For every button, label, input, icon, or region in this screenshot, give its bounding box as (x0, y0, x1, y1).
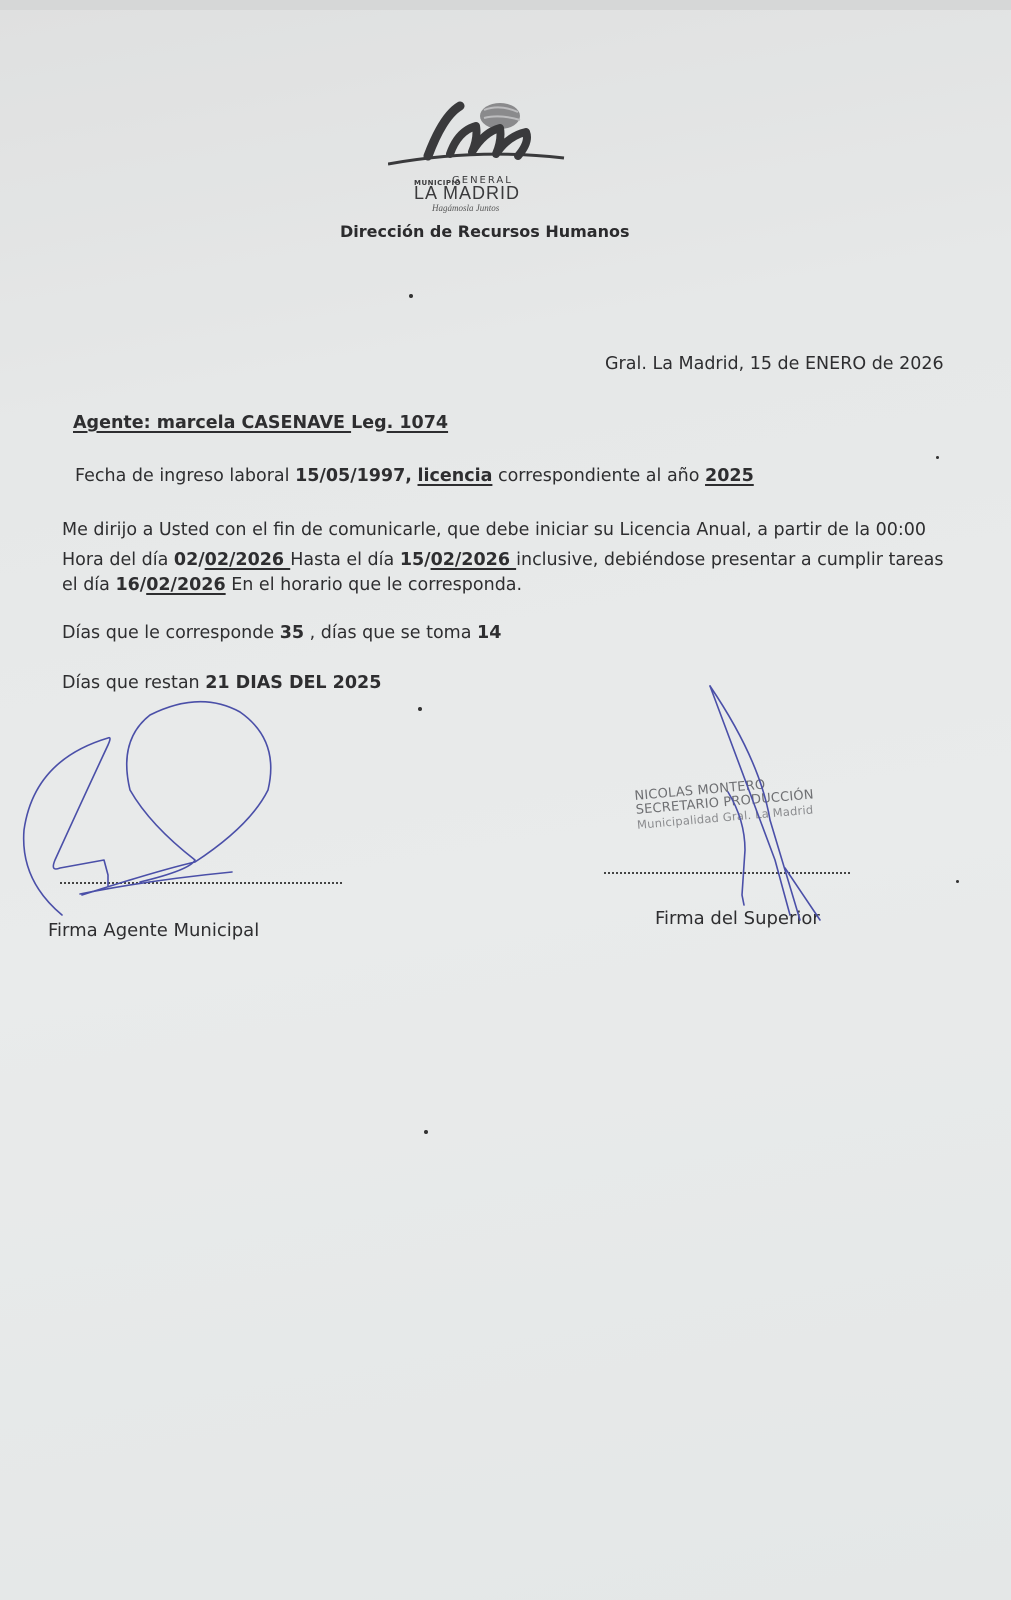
paper-speck (936, 456, 939, 459)
leg-number: . 1074 (387, 413, 448, 433)
start-date-rest: 02/2026 (205, 550, 291, 570)
days-entitled-label: Días que le corresponde (62, 623, 280, 643)
days-remaining-line: Días que restan 21 DIAS DEL 2025 (62, 673, 381, 693)
hire-date-line: Fecha de ingreso laboral 15/05/1997, lic… (75, 466, 754, 486)
superior-signature-line (604, 872, 850, 874)
paper-speck (418, 707, 422, 711)
agent-signature-line (60, 882, 342, 884)
body-line-3: el día 16/02/2026 En el horario que le c… (62, 575, 522, 595)
license-year: 2025 (705, 466, 754, 486)
agent-line: Agente: marcela CASENAVE Leg. 1074 (73, 413, 448, 433)
paper-speck (956, 880, 959, 883)
days-entitled-line: Días que le corresponde 35 , días que se… (62, 623, 501, 643)
logo-name: LA MADRID (414, 183, 520, 204)
leg-prefix: Leg (351, 413, 387, 433)
return-date-day: 16/ (115, 575, 146, 595)
paper-speck (424, 1130, 428, 1134)
official-stamp: NICOLAS MONTERO SECRETARIO PRODUCCIÓN Mu… (634, 774, 816, 831)
days-taken-label: , días que se toma (304, 623, 477, 643)
end-date-rest: 02/2026 (431, 550, 517, 570)
paper-speck (409, 294, 413, 298)
days-entitled-value: 35 (280, 623, 304, 643)
agent-name: Agente: marcela CASENAVE (73, 413, 351, 433)
hire-date-value: 15/05/1997, (295, 466, 412, 486)
hire-date-label: Fecha de ingreso laboral (75, 466, 295, 486)
start-label: Hora del día (62, 550, 174, 570)
licencia-label: licencia (418, 466, 493, 486)
department-title: Dirección de Recursos Humanos (340, 222, 630, 241)
end-date-day: 15/ (400, 550, 431, 570)
year-label: correspondiente al año (492, 466, 705, 486)
days-remaining-label: Días que restan (62, 673, 205, 693)
end-label: Hasta el día (290, 550, 400, 570)
return-date-rest: 02/2026 (146, 575, 225, 595)
superior-signature-label: Firma del Superior (655, 908, 820, 929)
paper-edge (0, 0, 1011, 10)
inclusive-text: inclusive, debiéndose presentar a cumpli… (516, 550, 943, 570)
start-date-day: 02/ (174, 550, 205, 570)
logo-slogan: Hagámosla Juntos (432, 203, 499, 213)
agent-signature-label: Firma Agente Municipal (48, 920, 259, 941)
document-page: MUNICIPIO GENERAL LA MADRID Hagámosla Ju… (0, 0, 1011, 1600)
schedule-text: En el horario que le corresponda. (226, 575, 522, 595)
date-line: Gral. La Madrid, 15 de ENERO de 2026 (605, 354, 944, 374)
body-line-2: Hora del día 02/02/2026 Hasta el día 15/… (62, 550, 943, 570)
return-label: el día (62, 575, 115, 595)
days-taken-value: 14 (477, 623, 501, 643)
days-remaining-value: 21 DIAS DEL 2025 (205, 673, 381, 693)
body-line-1: Me dirijo a Usted con el fin de comunica… (62, 520, 926, 540)
